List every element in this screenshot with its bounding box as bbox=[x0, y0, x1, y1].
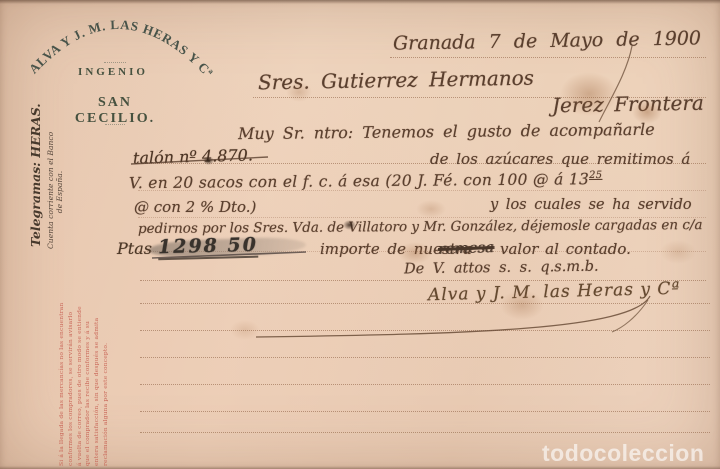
rule-line bbox=[140, 384, 710, 385]
servido-line: y los cuales se ha servido bbox=[490, 197, 692, 213]
azucares-line: de los azúcares que remitimos á bbox=[430, 150, 690, 168]
rule-line bbox=[140, 303, 710, 304]
account-line1: Cuenta corriente con el Banco bbox=[46, 135, 55, 249]
stain bbox=[660, 240, 696, 264]
opening-line: Muy Sr. ntro: Tenemos el gusto de acompa… bbox=[238, 120, 655, 143]
letterhead-ingenio: INGENIO bbox=[78, 66, 148, 78]
currency-label: Ptas bbox=[117, 239, 152, 258]
addressee: Sres. Gutierrez Hermanos bbox=[258, 66, 534, 95]
sacos-text: V. en 20 sacos con el f. c. á esa (20 J.… bbox=[129, 170, 589, 192]
letterhead-san-cecilio: SAN CECILIO. bbox=[56, 95, 174, 127]
addressee-city: Jerez Frontera bbox=[552, 91, 704, 118]
rule-line bbox=[140, 411, 710, 412]
rule-line bbox=[390, 57, 706, 58]
scanned-letter-page: ALVA Y J. M. LAS HERAS Y Cª INGENIO SAN … bbox=[0, 0, 720, 469]
sacos-line: V. en 20 sacos con el f. c. á esa (20 J.… bbox=[129, 170, 603, 192]
rule-line bbox=[140, 357, 710, 358]
talon-line: talón nº 4.870. bbox=[133, 145, 253, 167]
telegrams-vertical: Telegramas: HERAS. bbox=[28, 129, 43, 247]
account-vertical: Cuenta corriente con el Banco de España. bbox=[46, 135, 64, 249]
rule-line bbox=[140, 330, 710, 331]
dto-line: @ con 2 % Dto.) bbox=[134, 198, 256, 216]
ornament-bottom bbox=[105, 124, 125, 125]
todocoleccion-watermark: todocoleccion bbox=[542, 440, 704, 467]
signature: Alva y J. M. las Heras y Cª bbox=[428, 279, 681, 306]
scribbled-word: remesa bbox=[438, 238, 494, 258]
stain bbox=[416, 200, 446, 218]
ornament-top bbox=[104, 62, 126, 63]
rule-line bbox=[140, 432, 710, 433]
sacos-superscript: 25 bbox=[589, 170, 602, 181]
conditions-fine-print: Si á la llegada de las mercancías no las… bbox=[58, 286, 111, 466]
dateline: Granada 7 de Mayo de 1900 bbox=[393, 27, 701, 54]
account-line2: de España. bbox=[55, 135, 64, 249]
closing-line: De V. attos s. s. q.s.m.b. bbox=[404, 259, 599, 278]
amount-value: 1298 50 bbox=[158, 234, 259, 261]
scan-edge-top bbox=[0, 0, 720, 4]
contado-line: valor al contado. bbox=[500, 240, 631, 258]
